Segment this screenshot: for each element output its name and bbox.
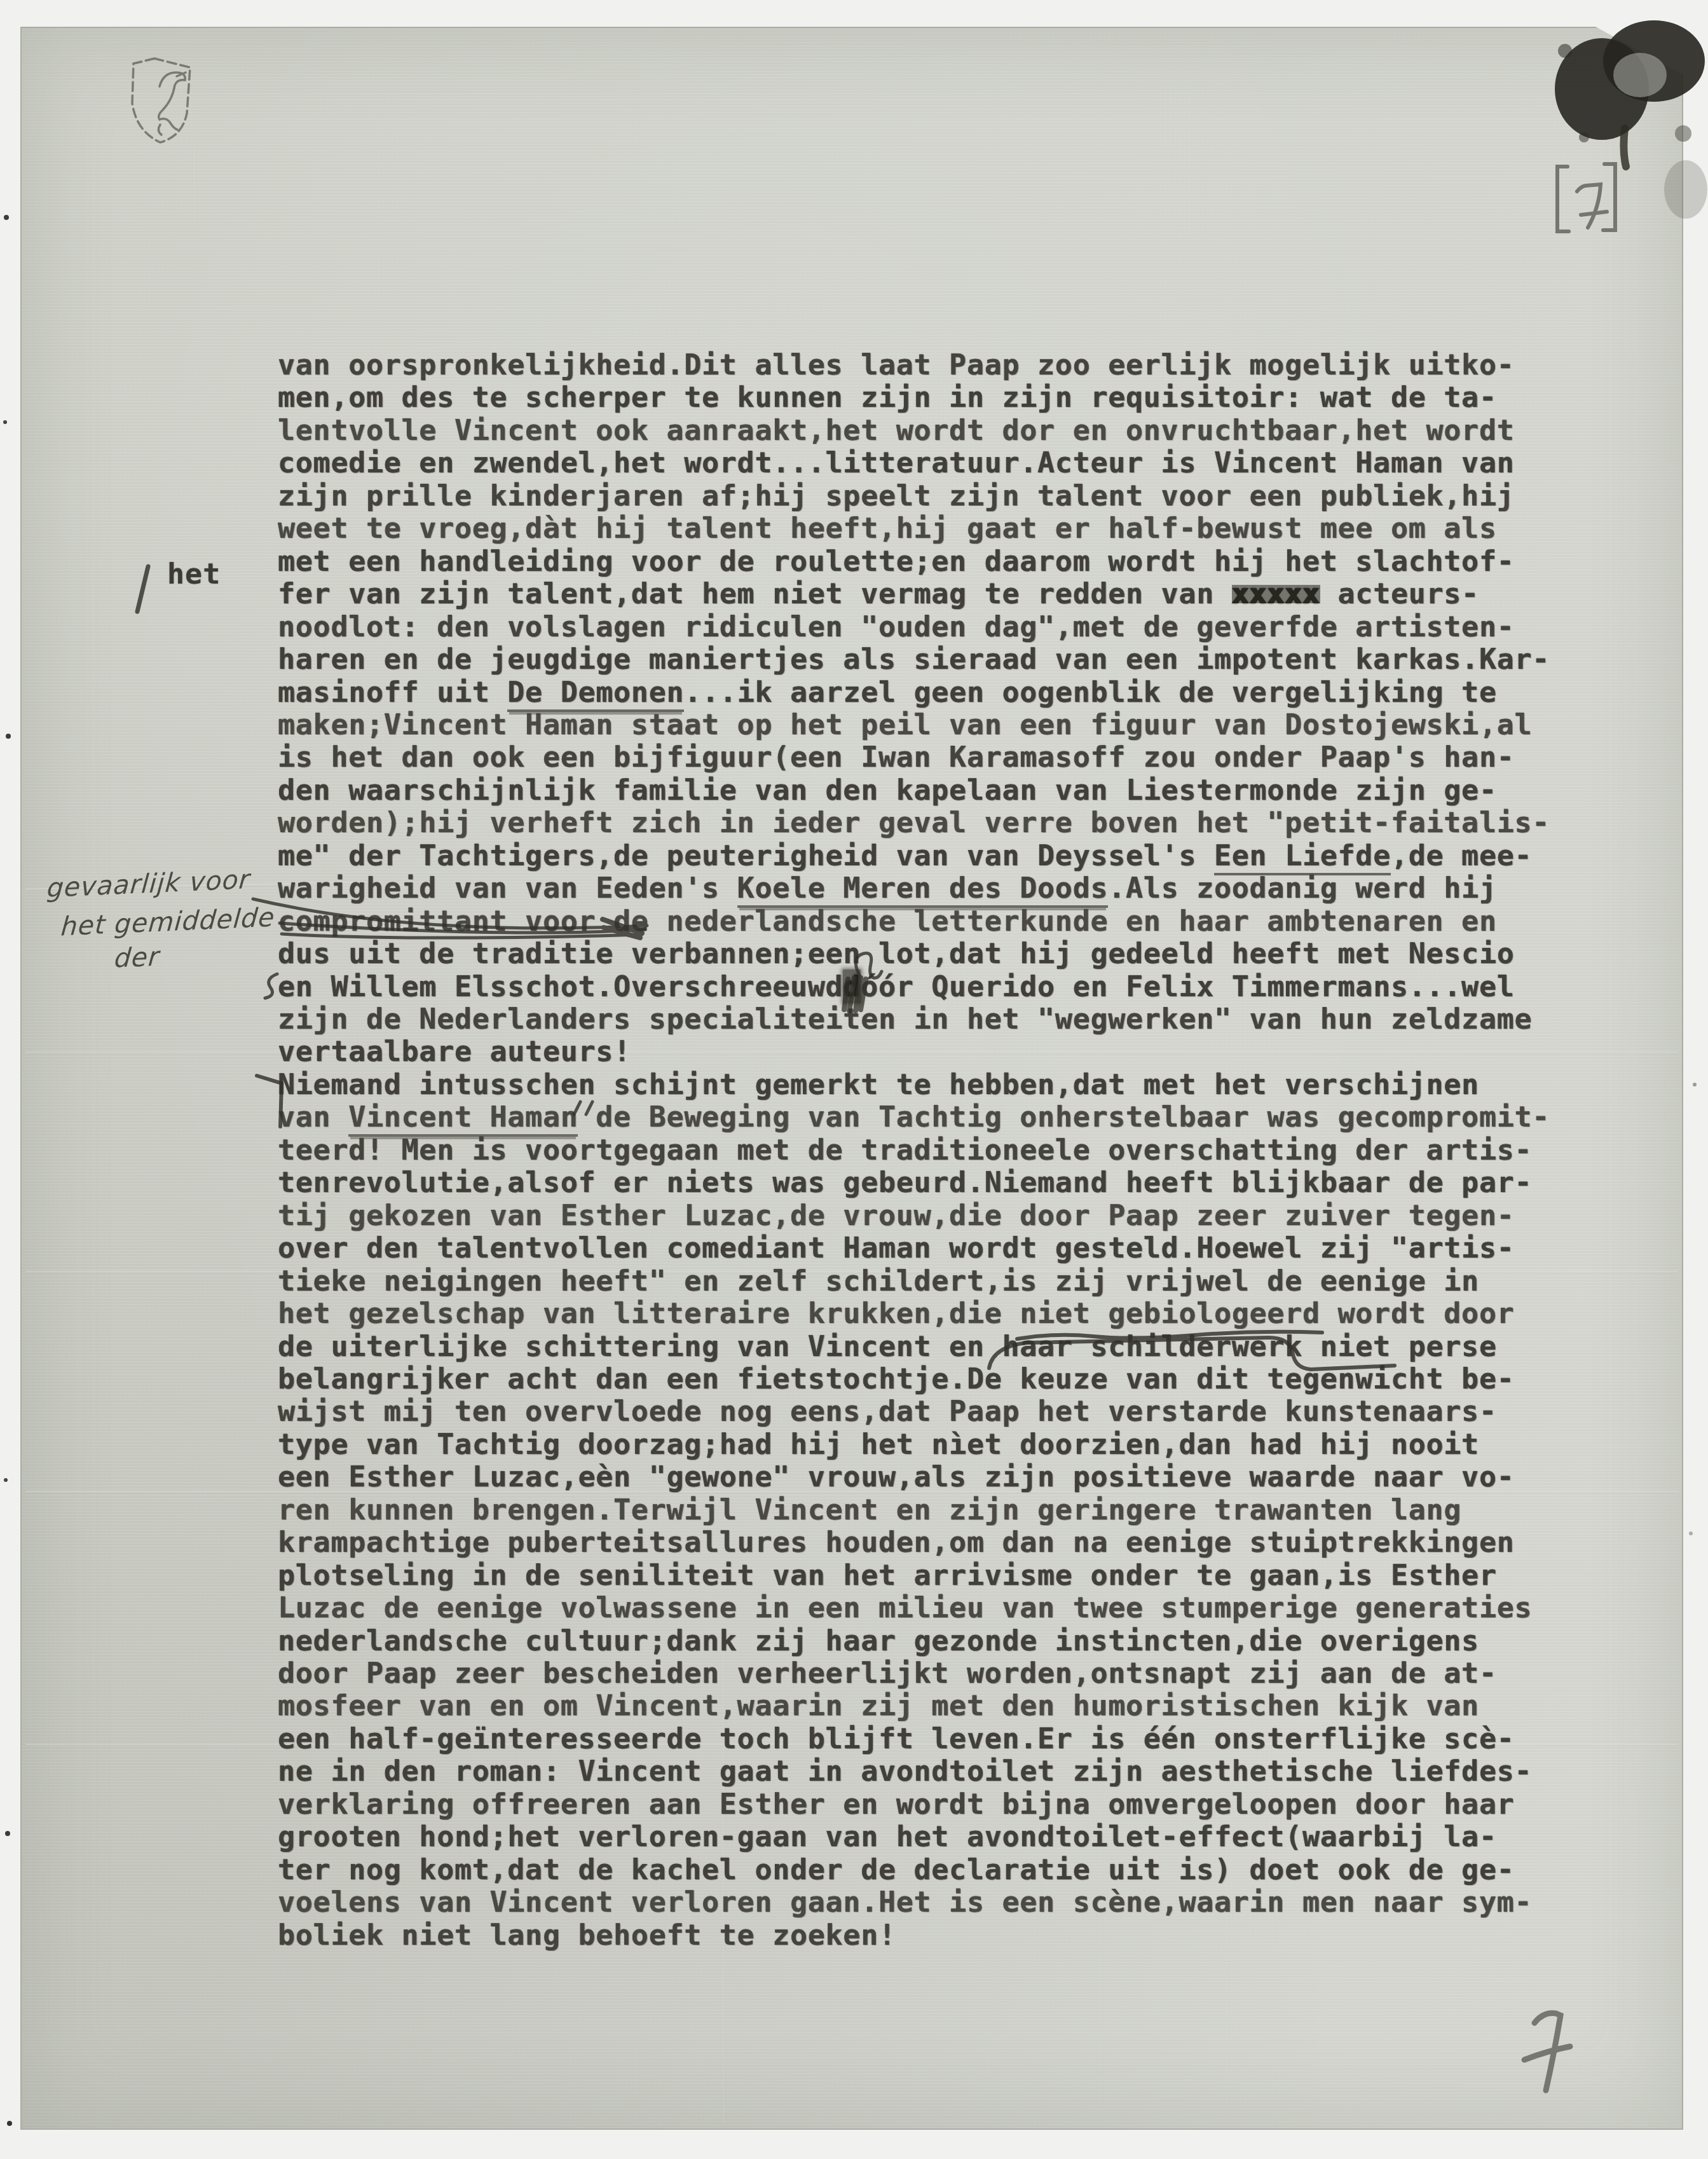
typescript-line: ter nog komt,dat de kachel onder de decl… — [278, 1853, 1514, 1886]
typescript-line: en Willem Elsschot.Overschreeuwddóór Que… — [278, 970, 1514, 1003]
paper-crease — [25, 1052, 1678, 1054]
paper-crease — [195, 146, 196, 223]
typescript-line: ne in den roman: Vincent gaat in avondto… — [278, 1755, 1532, 1788]
scanned-typescript-page: van oorspronkelijkheid.Dit alles laat Pa… — [0, 0, 1708, 2159]
typescript-line: plotseling in de seniliteit van het arri… — [278, 1559, 1497, 1592]
underlined-title: Koele Meren des Doods — [737, 871, 1109, 908]
typescript-line: lentvolle Vincent ook aanraakt,het wordt… — [278, 414, 1514, 447]
typescript-line: mosfeer van en om Vincent,waarin zij met… — [278, 1689, 1479, 1722]
typescript-line: fer van zijn talent,dat hem niet vermag … — [278, 577, 1479, 610]
typescript-line: de uiterlijke schittering van Vincent en… — [278, 1330, 1497, 1363]
typescript-line: ren kunnen brengen.Terwijl Vincent en zi… — [278, 1493, 1461, 1526]
typed-overstrike: xxxxx — [1232, 577, 1320, 610]
ink-correction-blot: d — [843, 970, 861, 1003]
typescript-line: nederlandsche cultuur;dank zij haar gezo… — [278, 1624, 1479, 1657]
typescript-line: door Paap zeer bescheiden verheerlijkt w… — [278, 1657, 1497, 1690]
typescript-line: zijn prille kinderjaren af;hij speelt zi… — [278, 479, 1514, 512]
underlined-title: Vincent Haman — [348, 1100, 578, 1137]
typescript-line: van Vincent Haman de Beweging van Tachti… — [278, 1100, 1550, 1134]
typescript-line: wijst mij ten overvloede nog eens,dat Pa… — [278, 1395, 1497, 1428]
typescript-line: tenrevolutie,alsof er niets was gebeurd.… — [278, 1166, 1532, 1199]
typescript-line: maken;Vincent Haman staat op het peil va… — [278, 708, 1532, 741]
typescript-line: haren en de jeugdige maniertjes als sier… — [278, 643, 1550, 676]
typescript-line: het gezelschap van litteraire krukken,di… — [278, 1297, 1514, 1330]
typescript-line: den waarschijnlijk familie van den kapel… — [278, 774, 1497, 807]
typescript-line: warigheid van van Eeden's Koele Meren de… — [278, 872, 1497, 905]
typescript-line: worden);hij verheft zich in ieder geval … — [278, 806, 1550, 839]
margin-note-typed: het — [167, 557, 221, 591]
typescript-line: noodlot: den volslagen ridiculen "ouden … — [278, 610, 1514, 643]
typescript-line: tieke neigingen heeft" en zelf schildert… — [278, 1265, 1479, 1298]
typescript-line: een half-geïnteresseerde toch blijft lev… — [278, 1722, 1514, 1755]
typescript-line: dus uit de traditie verbannen;een lot,da… — [278, 937, 1514, 970]
typescript-line: voelens van Vincent verloren gaan.Het is… — [278, 1886, 1532, 1919]
typescript-line: me" der Tachtigers,de peuterigheid van v… — [278, 839, 1532, 872]
scan-speckles — [0, 0, 3, 3]
underlined-title: Een Liefde — [1214, 839, 1391, 875]
typescript-line: vertaalbare auteurs! — [278, 1035, 631, 1068]
typescript-line: Luzac de eenige volwassene in een milieu… — [278, 1591, 1532, 1624]
typescript-line: teerd! Men is voortgegaan met de traditi… — [278, 1134, 1532, 1167]
typescript-line: Niemand intusschen schijnt gemerkt te he… — [278, 1068, 1479, 1101]
typescript-line: compromittant voor de nederlandsche lett… — [278, 905, 1497, 938]
typescript-line: van oorspronkelijkheid.Dit alles laat Pa… — [278, 348, 1514, 381]
typescript-line: masinoff uit De Demonen...ik aarzel geen… — [278, 676, 1497, 709]
typescript-line: type van Tachtig doorzag;had hij het nìe… — [278, 1428, 1479, 1461]
typescript-line: grooten hond;het verloren-gaan van het a… — [278, 1820, 1497, 1853]
typescript-line: met een handleiding voor de roulette;en … — [278, 545, 1514, 578]
typescript-line: is het dan ook een bijfiguur(een Iwan Ka… — [278, 741, 1514, 774]
margin-annotation-handwritten: der — [113, 941, 161, 973]
typescript-line: krampachtige puberteitsallures houden,om… — [278, 1526, 1514, 1559]
typescript-line: belangrijker acht dan een fietstochtje.D… — [278, 1362, 1514, 1395]
typescript-line: zijn de Nederlanders specialiteiten in h… — [278, 1003, 1532, 1036]
underlined-title: De Demonen — [507, 675, 684, 712]
typescript-line: comedie en zwendel,het wordt...litteratu… — [278, 446, 1514, 479]
typescript-line: boliek niet lang behoeft te zoeken! — [278, 1919, 896, 1952]
typescript-line: verklaring offreeren aan Esther en wordt… — [278, 1788, 1514, 1821]
typescript-line: over den talentvollen comediant Haman wo… — [278, 1231, 1514, 1265]
typescript-line: tij gekozen van Esther Luzac,de vrouw,di… — [278, 1199, 1514, 1232]
typescript-line: een Esther Luzac,eèn "gewone" vrouw,als … — [278, 1460, 1514, 1493]
typescript-line: weet te vroeg,dàt hij talent heeft,hij g… — [278, 512, 1497, 545]
typescript-line: men,om des te scherper te kunnen zijn in… — [278, 381, 1497, 414]
